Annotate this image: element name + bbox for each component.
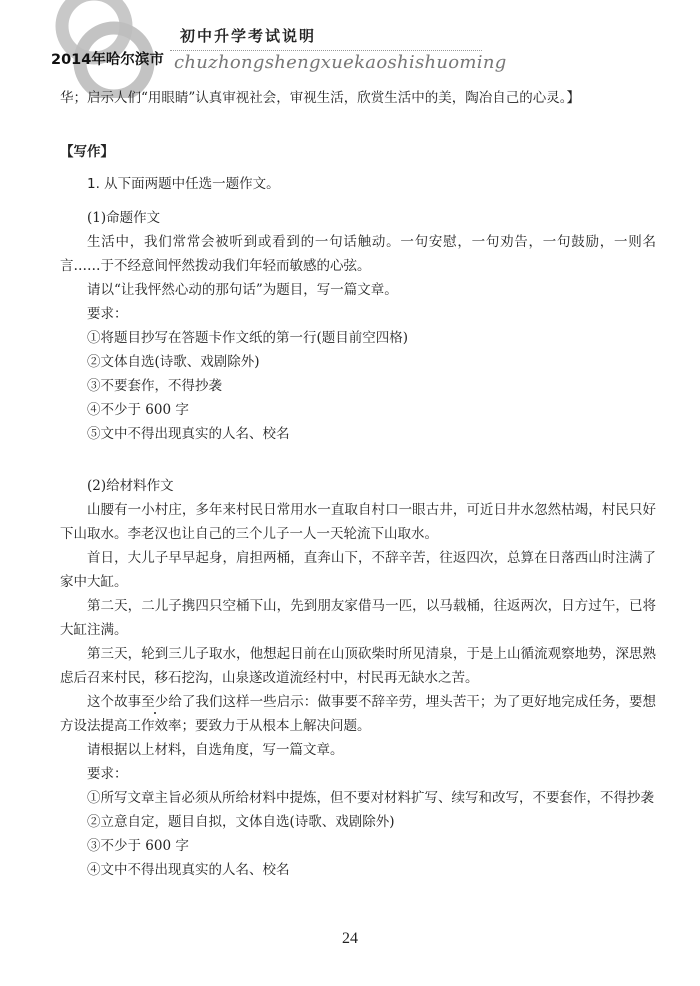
requirement-item: ②文体自选(诗歌、戏剧除外) [60,350,656,374]
option-2-material-essay: (2)给材料作文 山腰有一小村庄，多年来村民日常用水一直取自村口一眼古井，可近日… [60,474,656,882]
emphasis-dotted-text: 至少 [141,694,168,710]
option-1-title: (1)命题作文 [60,206,656,230]
option-1-requirements-label: 要求： [60,302,656,326]
option-1-paragraph: 生活中，我们常常会被听到或看到的一句话触动。一句安慰，一句劝告，一句鼓励，一则名… [60,230,656,278]
requirement-item: ③不要套作，不得抄袭 [60,374,656,398]
option-1-prompt: 请以“让我怦然心动的那句话”为题目，写一篇文章。 [60,278,656,302]
city-year-label: 2014年哈尔滨市 [51,48,164,69]
book-title: 初中升学考试说明 [180,25,316,46]
material-paragraph: 第二天，二儿子携四只空桶下山，先到朋友家借马一匹，以马载桶，往返两次，日方过午，… [60,594,656,642]
insight-text-pre: 这个故事 [87,694,141,710]
material-paragraph: 首日，大儿子早早起身，肩担两桶，直奔山下，不辞辛苦，往返四次，总算在日落西山时注… [60,546,656,594]
continuation-text: 华；启示人们“用眼睛”认真审视社会，审视生活，欣赏生活中的美，陶冶自己的心灵。】 [60,86,656,110]
question-instruction: 1. 从下面两题中任选一题作文。 [60,172,656,196]
requirement-item: ③不少于 600 字 [60,834,656,858]
requirement-item: ⑤文中不得出现真实的人名、校名 [60,422,656,446]
requirement-item: ①将题目抄写在答题卡作文纸的第一行(题目前空四格) [60,326,656,350]
requirement-item: ①所写文章主旨必须从所给材料中提炼，但不要对材料扩写、续写和改写，不要套作，不得… [60,786,656,810]
material-insight-paragraph: 这个故事至少给了我们这样一些启示：做事要不辞辛劳，埋头苦干；为了更好地完成任务，… [60,690,656,738]
page-header: 2014年哈尔滨市 初中升学考试说明 chuzhongshengxuekaosh… [0,0,700,80]
option-2-prompt: 请根据以上材料，自选角度，写一篇文章。 [60,738,656,762]
book-title-pinyin: chuzhongshengxuekaoshishuoming [174,52,507,73]
requirement-item: ②立意自定，题目自拟，文体自选(诗歌、戏剧除外) [60,810,656,834]
header-dotted-divider [170,50,482,51]
material-paragraph: 第三天，轮到三儿子取水，他想起日前在山顶砍柴时所见清泉，于是上山循流观察地势，深… [60,642,656,690]
page-number: 24 [0,930,700,948]
requirement-item: ④不少于 600 字 [60,398,656,422]
option-2-requirements-label: 要求： [60,762,656,786]
material-paragraph: 山腰有一小村庄，多年来村民日常用水一直取自村口一眼古井，可近日井水忽然枯竭，村民… [60,498,656,546]
section-heading-writing: 【写作】 [60,140,656,164]
option-1-propositional-essay: (1)命题作文 生活中，我们常常会被听到或看到的一句话触动。一句安慰，一句劝告，… [60,206,656,446]
option-2-title: (2)给材料作文 [60,474,656,498]
requirement-item: ④文中不得出现真实的人名、校名 [60,858,656,882]
page-body: 华；启示人们“用眼睛”认真审视社会，审视生活，欣赏生活中的美，陶冶自己的心灵。】… [60,86,656,882]
